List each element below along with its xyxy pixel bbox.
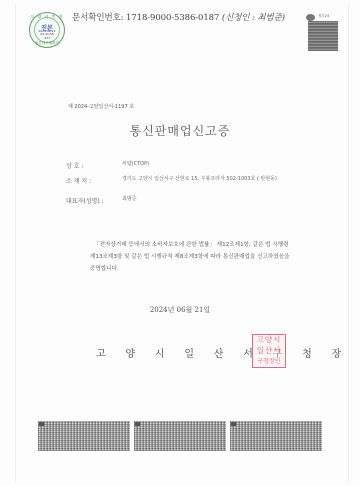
pdf417-barcode-icon xyxy=(230,421,322,451)
certification-statement: 「전자상거래 등에서의 소비자보호에 관한 법률」 제12조제1항, 같은 법 … xyxy=(90,239,290,275)
seal-line: 구청장인 xyxy=(253,357,285,367)
field-value: 경기도 고양시 일산서구 산현로 15, 우봉프라자 502-1003호 ( 탄… xyxy=(122,176,292,185)
field-address: 소 재 지 : 경기도 고양시 일산서구 산현로 15, 우봉프라자 502-1… xyxy=(66,176,292,185)
barcode-marker xyxy=(39,422,44,426)
issue-date: 2024년 06월 21일 xyxy=(0,305,360,315)
barcode-marker xyxy=(135,422,140,426)
seal-bottom-text: 원본대조필확인 xyxy=(30,41,64,46)
verification-number: 문서확인번호: 1718-9000-5386-0187 xyxy=(72,13,219,23)
verification-code-box: 정부24 xyxy=(306,14,338,52)
footer-barcodes xyxy=(38,421,322,451)
issuing-authority: 고 양 시 일 산 서 구 청 장 xyxy=(96,345,349,360)
field-label: 소 재 지 : xyxy=(66,176,122,185)
seal-line: 일산서 xyxy=(253,346,285,356)
document-title: 통신판매업신고증 xyxy=(0,122,360,139)
seal-top-text: 고 양 시 민 원 xyxy=(30,14,64,20)
registration-number: 제 2024-고양일산서-1197 호 xyxy=(68,103,134,110)
pdf417-barcode-icon xyxy=(134,421,226,451)
pdf417-barcode-icon xyxy=(38,421,130,451)
seal-line: 고양시 xyxy=(253,335,285,345)
official-red-seal-icon: 고양시 일산서 구청장인 xyxy=(252,334,286,368)
field-value: 최범준 xyxy=(122,196,292,205)
gov24-label: 정부24 xyxy=(318,14,329,19)
field-value: 씨템(CTOP) xyxy=(122,161,292,170)
barcode-marker xyxy=(231,422,236,426)
field-representative: 대표자(성명) : 최범준 xyxy=(66,196,292,205)
field-label: 상 호 : xyxy=(66,161,122,170)
field-label: 대표자(성명) : xyxy=(66,196,122,205)
document-verification-number: 문서확인번호: 1718-9000-5386-0187 (신청인 : 최범준) xyxy=(72,11,285,23)
original-verification-seal: 고 양 시 민 원 진본 2024.06.21 09:31:58 437 원본대… xyxy=(29,12,65,48)
seal-serial-line: 437 xyxy=(30,37,64,40)
gov24-logo-icon xyxy=(306,14,315,21)
2d-barcode-icon xyxy=(308,21,338,51)
applicant-name: (신청인 : 최범준) xyxy=(222,13,285,23)
seal-date: 2024.06.21 09:31:58 437 xyxy=(30,30,64,40)
field-business-name: 상 호 : 씨템(CTOP) xyxy=(66,161,292,170)
